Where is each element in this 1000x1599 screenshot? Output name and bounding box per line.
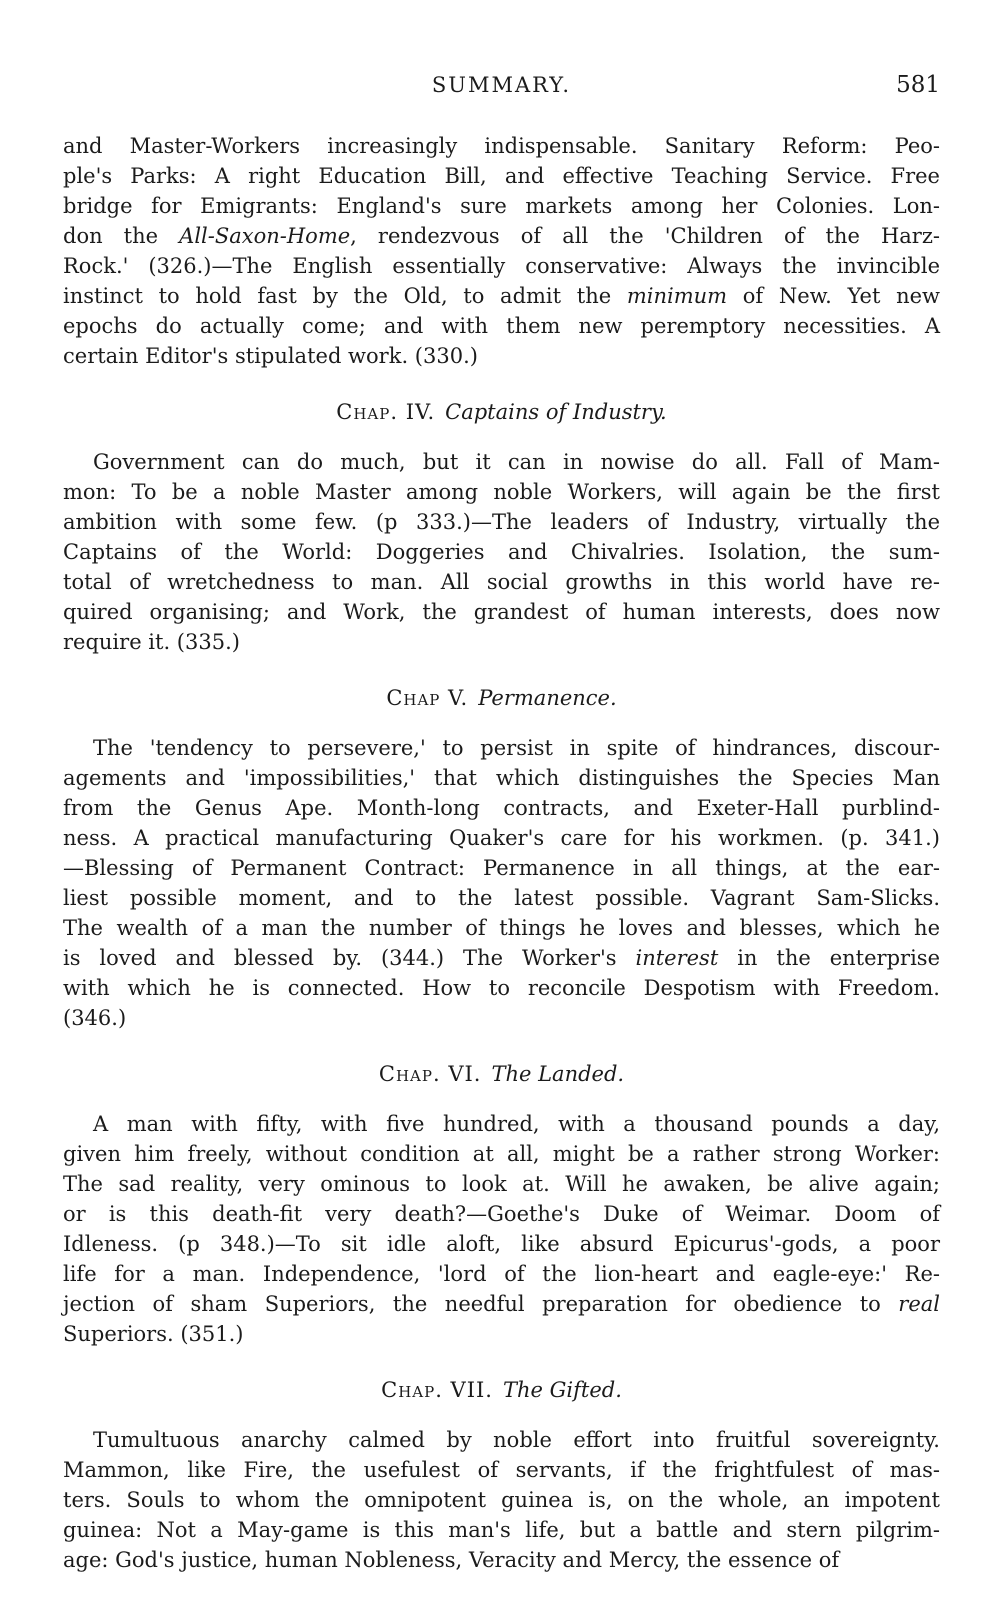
text-line: mon: To be a noble Master among noble Wo… xyxy=(63,477,940,507)
text-line: is loved and blessed by. (344.) The Work… xyxy=(63,943,940,973)
page-body: and Master-Workers increasingly indispen… xyxy=(63,131,940,1575)
text-line: Captains of the World: Doggeries and Chi… xyxy=(63,537,940,567)
page-header-title: SUMMARY. xyxy=(432,73,571,97)
text-line: instinct to hold fast by the Old, to adm… xyxy=(63,281,940,311)
text-line: and Master-Workers increasingly indispen… xyxy=(63,131,940,161)
text-line: from the Genus Ape. Month-long contracts… xyxy=(63,793,940,823)
text-line: The sad reality, very ominous to look at… xyxy=(63,1169,940,1199)
scanned-page: SUMMARY. 581 and Master-Workers increasi… xyxy=(0,0,1000,1599)
text-line: ters. Souls to whom the omnipotent guine… xyxy=(63,1485,940,1515)
text-line: total of wretchedness to man. All social… xyxy=(63,567,940,597)
text-line: The 'tendency to persevere,' to persist … xyxy=(63,733,940,763)
chapter-heading: Chap. IV.Captains of Industry. xyxy=(63,398,940,426)
text-line: guinea: Not a May-game is this man's lif… xyxy=(63,1515,940,1545)
chapter-title: Permanence. xyxy=(478,686,616,710)
chapter-label: Chap. VI. xyxy=(379,1062,482,1086)
text-line: jection of sham Superiors, the needful p… xyxy=(63,1289,940,1319)
chapter-title: The Landed. xyxy=(491,1062,624,1086)
text-line: certain Editor's stipulated work. (330.) xyxy=(63,341,940,371)
paragraph: The 'tendency to persevere,' to persist … xyxy=(63,733,940,1033)
chapter-label: Chap. IV. xyxy=(336,400,435,424)
chapter-title: The Gifted. xyxy=(503,1378,622,1402)
text-line: epochs do actually come; and with them n… xyxy=(63,311,940,341)
text-line: liest possible moment, and to the latest… xyxy=(63,883,940,913)
chapter-label: Chap. VII. xyxy=(381,1378,493,1402)
text-line: The wealth of a man the number of things… xyxy=(63,913,940,943)
text-line: life for a man. Independence, 'lord of t… xyxy=(63,1259,940,1289)
text-line: agements and 'impossibilities,' that whi… xyxy=(63,763,940,793)
text-line: given him freely, without condition at a… xyxy=(63,1139,940,1169)
chapter-heading: Chap. VI.The Landed. xyxy=(63,1060,940,1088)
text-line: don the All-Saxon-Home, rendezvous of al… xyxy=(63,221,940,251)
text-line: ness. A practical manufacturing Quaker's… xyxy=(63,823,940,853)
running-head: SUMMARY. 581 xyxy=(63,72,940,98)
text-line: Tumultuous anarchy calmed by noble effor… xyxy=(63,1425,940,1455)
text-line: A man with fifty, with five hundred, wit… xyxy=(63,1109,940,1139)
text-line: Government can do much, but it can in no… xyxy=(63,447,940,477)
text-line: age: God's justice, human Nobleness, Ver… xyxy=(63,1545,940,1575)
text-line: quired organising; and Work, the grandes… xyxy=(63,597,940,627)
text-line: or is this death-fit very death?—Goethe'… xyxy=(63,1199,940,1229)
text-line: bridge for Emigrants: England's sure mar… xyxy=(63,191,940,221)
text-line: Mammon, like Fire, the usefulest of serv… xyxy=(63,1455,940,1485)
text-line: ambition with some few. (p 333.)—The lea… xyxy=(63,507,940,537)
text-line: require it. (335.) xyxy=(63,627,940,657)
chapter-heading: Chap V.Permanence. xyxy=(63,684,940,712)
text-line: Idleness. (p 348.)—To sit idle aloft, li… xyxy=(63,1229,940,1259)
page-number: 581 xyxy=(571,72,940,98)
paragraph: A man with fifty, with five hundred, wit… xyxy=(63,1109,940,1349)
paragraph: Government can do much, but it can in no… xyxy=(63,447,940,657)
text-line: (346.) xyxy=(63,1003,940,1033)
text-line: Rock.' (326.)—The English essentially co… xyxy=(63,251,940,281)
paragraph: Tumultuous anarchy calmed by noble effor… xyxy=(63,1425,940,1575)
chapter-heading: Chap. VII.The Gifted. xyxy=(63,1376,940,1404)
chapter-label: Chap V. xyxy=(386,686,468,710)
paragraph: and Master-Workers increasingly indispen… xyxy=(63,131,940,371)
text-line: Superiors. (351.) xyxy=(63,1319,940,1349)
text-line: —Blessing of Permanent Contract: Permane… xyxy=(63,853,940,883)
chapter-title: Captains of Industry. xyxy=(445,400,667,424)
text-line: with which he is connected. How to recon… xyxy=(63,973,940,1003)
text-line: ple's Parks: A right Education Bill, and… xyxy=(63,161,940,191)
